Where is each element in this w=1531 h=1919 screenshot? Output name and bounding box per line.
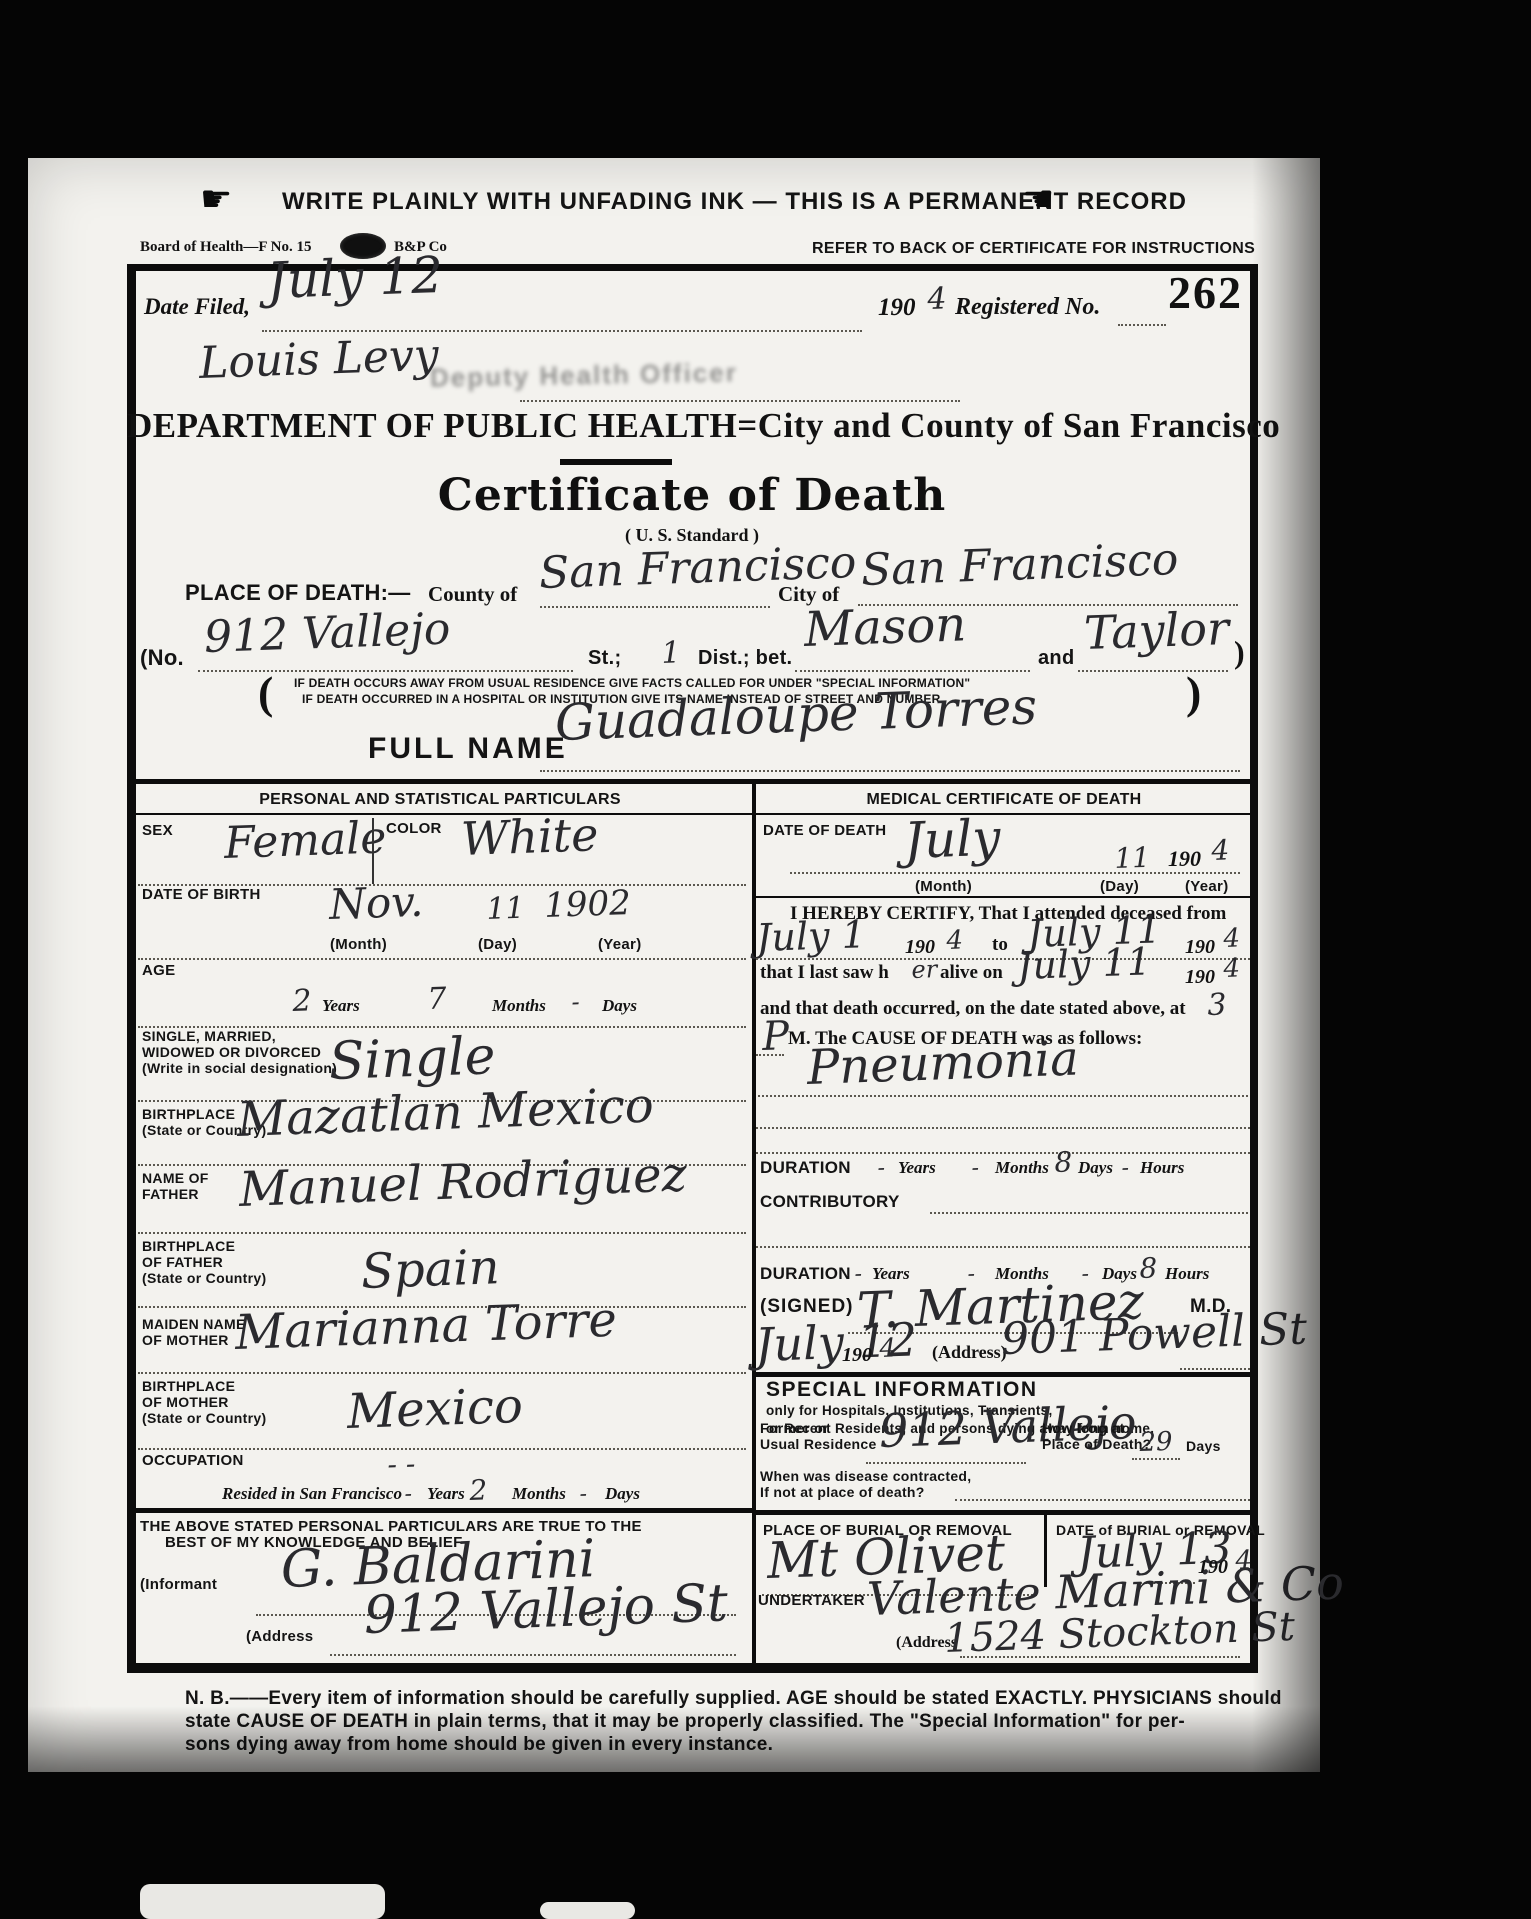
registered-label: Registered No. (955, 294, 1100, 321)
special-info-rule (756, 1372, 1250, 1377)
age-months-value: 7 (427, 981, 447, 1017)
to-label: to (992, 934, 1008, 956)
cause-of-death-value: Pneumonia (806, 1031, 1080, 1096)
signed-year-printed: 190 (842, 1344, 872, 1367)
howlong-label-1: How long at (1042, 1420, 1125, 1436)
between-b-line (1078, 668, 1228, 672)
contributory-label: CONTRIBUTORY (760, 1192, 900, 1212)
duration1-days-unit: Days (1078, 1158, 1113, 1178)
county-line (540, 604, 770, 608)
mother-birthplace-label-3: (State or Country) (142, 1410, 266, 1426)
undertaker-address-line (960, 1654, 1240, 1658)
duration1-label: DURATION (760, 1158, 851, 1178)
paper-scrap-left (140, 1884, 385, 1919)
contracted-label-2: If not at place of death? (760, 1484, 925, 1500)
last-seen-year: 4 (1223, 953, 1241, 984)
date-filed-label: Date Filed, (144, 294, 250, 320)
age-years-value: 2 (292, 983, 312, 1019)
attended-from-year: 4 (946, 925, 964, 956)
duration1-years-value: - (877, 1156, 885, 1181)
signed-address-label: (Address) (932, 1342, 1007, 1363)
dod-year-printed: 190 (1168, 846, 1201, 872)
mother-birthplace-label-2: OF MOTHER (142, 1394, 229, 1410)
color-value: White (460, 807, 599, 866)
duration1-hours-unit: Hours (1140, 1158, 1184, 1178)
contracted-label-1: When was disease contracted, (760, 1468, 971, 1484)
date-filed-year: 4 (927, 281, 947, 317)
father-row-line (138, 1230, 746, 1234)
resided-years-unit: Years (427, 1484, 465, 1504)
occupation-value: - - (387, 1447, 416, 1481)
marital-label-2: WIDOWED OR DIVORCED (142, 1044, 321, 1060)
signed-year-value: 4 (879, 1333, 897, 1364)
date-of-death-label: DATE OF DEATH (763, 822, 886, 839)
duration1-years-unit: Years (898, 1158, 936, 1178)
resided-months-value: 2 (469, 1473, 488, 1507)
age-years-unit: Years (322, 996, 360, 1016)
informant-address-value: 912 Vallejo St (363, 1573, 729, 1646)
date-of-death-month: July (903, 809, 1001, 870)
mother-birthplace-row-line (138, 1446, 746, 1450)
age-days-unit: Days (602, 996, 637, 1016)
marital-label-1: SINGLE, MARRIED, (142, 1028, 276, 1044)
date-filed-value: July 12 (266, 246, 444, 310)
date-of-death-year: 4 (1211, 833, 1230, 867)
signed-address-line (1180, 1366, 1250, 1370)
and-label: and (1038, 647, 1074, 670)
informant-address-label: (Address (246, 1628, 313, 1645)
dod-year-caption: (Year) (1185, 878, 1229, 895)
age-label: AGE (142, 962, 175, 979)
sex-color-divider (372, 818, 374, 884)
duration1-months-unit: Months (995, 1158, 1049, 1178)
saw-mid-text: alive on (940, 962, 1003, 984)
attended-from-value: July 1 (755, 912, 866, 960)
frame-bottom-border (127, 1663, 1258, 1673)
dob-year: 1902 (544, 883, 632, 926)
informant-label: (Informant (140, 1576, 217, 1593)
resided-months-unit: Months (512, 1484, 566, 1504)
mother-birthplace-value: Mexico (346, 1378, 524, 1440)
saw-er-value: er (911, 955, 938, 984)
registered-value: 262 (1168, 266, 1243, 319)
registered-line (1118, 322, 1166, 326)
contributory-line (930, 1210, 1248, 1214)
title-divider (560, 459, 672, 465)
age-months-unit: Months (492, 996, 546, 1016)
health-office-stamp: Deputy Health Officer (430, 357, 738, 393)
cause-line-1 (758, 1093, 1248, 1097)
close-paren: ) (1234, 634, 1245, 671)
clerk-signature: Louis Levy (198, 330, 439, 389)
dob-year-caption: (Year) (598, 936, 642, 953)
informant-address-line (330, 1652, 736, 1656)
between-a-line (795, 668, 1030, 672)
color-label: COLOR (386, 820, 442, 837)
former-residence-line (866, 1460, 1026, 1464)
st-label: St.; (588, 647, 621, 670)
resided-label: Resided in San Francisco (222, 1484, 402, 1504)
informant-section-rule (136, 1508, 752, 1513)
dod-day-caption: (Day) (1100, 878, 1139, 895)
street-line (198, 668, 573, 672)
saw-year-printed: 190 (1185, 966, 1215, 989)
cause-line-3 (756, 1150, 1250, 1154)
left-column-header: PERSONAL AND STATISTICAL PARTICULARS (127, 791, 753, 809)
occupation-label: OCCUPATION (142, 1452, 244, 1469)
street-no-label: (No. (140, 645, 184, 671)
dob-label: DATE OF BIRTH (142, 886, 261, 903)
full-name-line (540, 768, 1240, 772)
dod-section-rule (756, 896, 1250, 898)
marital-value: Single (328, 1026, 496, 1092)
mother-name-label-2: OF MOTHER (142, 1332, 229, 1348)
mother-name-label-1: MAIDEN NAME (142, 1316, 246, 1332)
dob-month-caption: (Month) (330, 936, 387, 953)
paper-scrap-center (540, 1902, 635, 1919)
dod-line (790, 870, 1240, 874)
former-residence-label-2: Usual Residence (760, 1436, 877, 1452)
note-close-paren: ) (1186, 666, 1201, 719)
right-column-header: MEDICAL CERTIFICATE OF DEATH (756, 791, 1252, 809)
sex-value: Female (223, 812, 387, 869)
contributory-line-2 (756, 1244, 1250, 1248)
howlong-unit: Days (1186, 1438, 1221, 1454)
birthplace-label-1: BIRTHPLACE (142, 1106, 235, 1122)
special-info-title: SPECIAL INFORMATION (766, 1378, 1038, 1401)
undertaker-label: UNDERTAKER (758, 1592, 865, 1609)
father-birthplace-label-2: OF FATHER (142, 1254, 223, 1270)
note-open-paren: ( (258, 666, 273, 719)
contracted-line (955, 1497, 1250, 1501)
saw-pre-text: that I last saw h (760, 962, 889, 984)
duration2-hours-unit: Hours (1165, 1264, 1209, 1284)
howlong-value: 29 (1139, 1427, 1173, 1458)
dob-row-line (138, 956, 746, 960)
stamp-line (520, 398, 960, 402)
father-birthplace-value: Spain (360, 1239, 500, 1300)
father-birthplace-label-1: BIRTHPLACE (142, 1238, 235, 1254)
father-name-label-2: FATHER (142, 1186, 199, 1202)
dob-month: Nov. (328, 877, 424, 929)
between-a-value: Mason (803, 596, 967, 658)
sex-label: SEX (142, 822, 173, 839)
last-seen-value: July 11 (1016, 939, 1151, 988)
dod-month-caption: (Month) (915, 878, 972, 895)
scanned-death-certificate: ☛ WRITE PLAINLY WITH UNFADING INK — THIS… (0, 0, 1531, 1919)
attended-to-year: 4 (1223, 923, 1241, 954)
column-divider (752, 779, 756, 1663)
howlong-line (1132, 1456, 1180, 1460)
date-filed-line (262, 328, 862, 332)
burial-section-rule (756, 1510, 1250, 1515)
certificate-title: Certificate of Death (127, 470, 1257, 521)
year-printed: 190 (878, 294, 916, 322)
dist-value: 1 (661, 635, 681, 671)
dist-label: Dist.; bet. (698, 647, 792, 670)
bottom-edge-shadow (28, 1706, 1320, 1772)
resided-days-value: - (579, 1482, 587, 1507)
mother-row-line (138, 1370, 746, 1374)
between-b-value: Taylor (1083, 601, 1230, 660)
manicule-left-icon: ☚ (1022, 178, 1054, 220)
duration1-days-value: 8 (1054, 1145, 1073, 1179)
father-name-label-1: NAME OF (142, 1170, 209, 1186)
mother-birthplace-label-1: BIRTHPLACE (142, 1378, 235, 1394)
columns-top-rule (127, 779, 1258, 784)
death-hour-value: 3 (1207, 987, 1227, 1023)
occurred-line: and that death occurred, on the date sta… (760, 998, 1186, 1020)
pm-handwritten: P (761, 1013, 790, 1060)
duration2-label: DURATION (760, 1264, 851, 1284)
dob-day-caption: (Day) (478, 936, 517, 953)
resided-days-unit: Days (605, 1484, 640, 1504)
howlong-label-2: Place of Death? (1042, 1436, 1152, 1452)
marital-label-3: (Write in social designation) (142, 1060, 337, 1076)
former-residence-label-1: Former or (760, 1420, 829, 1436)
dob-day: 11 (486, 891, 525, 927)
resided-years-value: - (404, 1482, 412, 1507)
duration1-months-value: - (971, 1156, 979, 1181)
attended-line (756, 956, 1250, 960)
department-title: DEPARTMENT OF PUBLIC HEALTH=City and Cou… (127, 406, 1257, 446)
cause-line-2 (756, 1125, 1250, 1129)
place-of-death-label: PLACE OF DEATH:— (185, 580, 411, 606)
duration1-hours-value: - (1121, 1156, 1129, 1181)
age-days-value: - (571, 988, 580, 1016)
father-birthplace-label-3: (State or Country) (142, 1270, 266, 1286)
full-name-label: FULL NAME (368, 732, 568, 766)
manicule-right-icon: ☛ (200, 178, 232, 220)
refer-note: REFER TO BACK OF CERTIFICATE FOR INSTRUC… (812, 240, 1255, 258)
right-edge-shadow (1252, 158, 1320, 1772)
street-value: 912 Vallejo (203, 603, 451, 663)
